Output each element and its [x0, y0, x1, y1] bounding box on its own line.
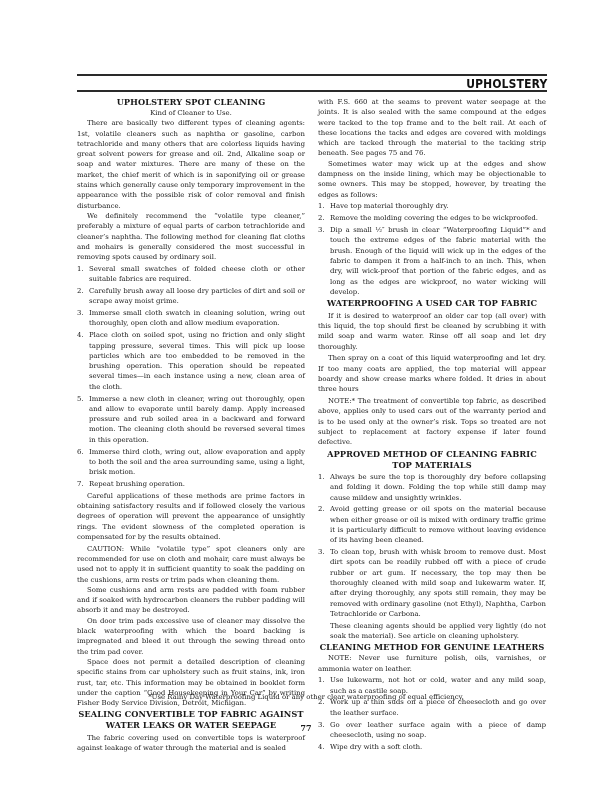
step-text: Immerse third cloth, wring out, allow ev… — [89, 448, 305, 477]
subheading-kind-of-cleaner: Kind of Cleaner to Use. — [77, 108, 305, 118]
step-number: 2. — [318, 504, 325, 514]
heading-upholstery-spot-cleaning: UPHOLSTERY SPOT CLEANING — [77, 97, 305, 108]
list-item: 1.Have top material thoroughly dry. — [318, 201, 546, 211]
list-item: 1.Always be sure the top is thoroughly d… — [318, 472, 546, 503]
list-item: 5.Immerse a new cloth in cleaner, wring … — [77, 394, 305, 445]
step-number: 3. — [77, 308, 84, 318]
list-item: 2.Carefully brush away all loose dry par… — [77, 286, 305, 307]
heading-approved-method: APPROVED METHOD OF CLEANING FABRIC TOP M… — [318, 449, 546, 471]
list-item: 4.Wipe dry with a soft cloth. — [318, 742, 546, 752]
step-text: Avoid getting grease or oil spots on the… — [330, 505, 546, 544]
paragraph: Careful applications of these methods ar… — [77, 491, 305, 542]
step-text: Several small swatches of folded cheese … — [89, 265, 305, 283]
heading-line: APPROVED METHOD OF CLEANING FABRIC — [327, 449, 537, 459]
step-text: Immerse small cloth swatch in cleaning s… — [89, 309, 305, 327]
paragraph: We definitely recommend the “volatile ty… — [77, 211, 305, 262]
step-text: Immerse a new cloth in cleaner, wring ou… — [89, 395, 305, 444]
step-number: 1. — [77, 264, 84, 274]
footnote: *Use Rainy Day Waterproofing Liquid or a… — [0, 693, 612, 701]
step-text: Work up a thin suds on a piece of cheese… — [330, 698, 546, 716]
paragraph: On door trim pads excessive use of clean… — [77, 616, 305, 657]
step-number: 6. — [77, 447, 84, 457]
section-title: UPHOLSTERY — [466, 76, 547, 91]
step-number: 7. — [77, 479, 84, 489]
paragraph: with F.S. 660 at the seams to prevent wa… — [318, 97, 546, 159]
step-number: 4. — [77, 330, 84, 340]
paragraph: Some cushions and arm rests are padded w… — [77, 585, 305, 616]
list-item: 6.Immerse third cloth, wring out, allow … — [77, 447, 305, 478]
left-column: UPHOLSTERY SPOT CLEANING Kind of Cleaner… — [77, 97, 305, 754]
heading-line: TOP MATERIALS — [392, 460, 472, 470]
step-text: Dip a small ½″ brush in clear “Waterproo… — [330, 226, 546, 296]
step-number: 1. — [318, 472, 325, 482]
step-text: Carefully brush away all loose dry parti… — [89, 287, 305, 305]
list-item: 7.Repeat brushing operation. — [77, 479, 305, 489]
list-item: 3.Dip a small ½″ brush in clear “Waterpr… — [318, 225, 546, 297]
paragraph: Then spray on a coat of this liquid wate… — [318, 353, 546, 394]
leather-note: NOTE: Never use furniture polish, oils, … — [318, 653, 546, 674]
right-column: with F.S. 660 at the seams to prevent wa… — [318, 97, 546, 752]
step-number: 2. — [318, 213, 325, 223]
list-item: 2.Avoid getting grease or oil spots on t… — [318, 504, 546, 545]
approved-method-steps: 1.Always be sure the top is thoroughly d… — [318, 472, 546, 619]
list-item: 3.Immerse small cloth swatch in cleaning… — [77, 308, 305, 329]
paragraph: If it is desired to waterproof an older … — [318, 311, 546, 352]
step-number: 3. — [318, 225, 325, 235]
step-text: Wipe dry with a soft cloth. — [330, 743, 422, 751]
document-page: UPHOLSTERY UPHOLSTERY SPOT CLEANING Kind… — [0, 0, 612, 792]
list-item: 1.Several small swatches of folded chees… — [77, 264, 305, 285]
paragraph: There are basically two different types … — [77, 118, 305, 211]
list-item: 4.Place cloth on soiled spot, using no f… — [77, 330, 305, 392]
step-number: 5. — [77, 394, 84, 404]
paragraph: Sometimes water may wick up at the edges… — [318, 159, 546, 200]
header-bottom-rule — [77, 90, 547, 92]
step-number: 2. — [77, 286, 84, 296]
leather-steps: 1.Use lukewarm, not hot or cold, water a… — [318, 675, 546, 752]
paragraph: The fabric covering used on convertible … — [77, 733, 305, 754]
step-number: 3. — [318, 547, 325, 557]
step-text: Remove the molding covering the edges to… — [330, 214, 538, 222]
list-item: 2.Remove the molding covering the edges … — [318, 213, 546, 223]
page-number: 77 — [0, 723, 612, 733]
step-number: 4. — [318, 742, 325, 752]
step-text: Have top material thoroughly dry. — [330, 202, 449, 210]
step-number: 1. — [318, 675, 325, 685]
heading-genuine-leathers: CLEANING METHOD FOR GENUINE LEATHERS — [318, 642, 546, 653]
step-text: Place cloth on soiled spot, using no fri… — [89, 331, 305, 390]
caution-paragraph: CAUTION: While “volatile type” spot clea… — [77, 544, 305, 585]
step-text: To clean top, brush with whisk broom to … — [330, 548, 546, 618]
heading-waterproofing-used-car-top: WATERPROOFING A USED CAR TOP FABRIC — [318, 298, 546, 309]
note-paragraph: NOTE:* The treatment of convertible top … — [318, 396, 546, 447]
step-number: 1. — [318, 201, 325, 211]
spot-cleaning-steps: 1.Several small swatches of folded chees… — [77, 264, 305, 489]
wick-proofing-steps: 1.Have top material thoroughly dry. 2.Re… — [318, 201, 546, 297]
heading-line: SEALING CONVERTIBLE TOP FABRIC AGAINST — [78, 709, 303, 719]
step-text: Always be sure the top is thoroughly dry… — [330, 473, 546, 502]
step-text: Repeat brushing operation. — [89, 480, 185, 488]
cleaning-agents-note: These cleaning agents should be applied … — [318, 621, 546, 642]
list-item: 3.To clean top, brush with whisk broom t… — [318, 547, 546, 619]
step-text: Use lukewarm, not hot or cold, water and… — [330, 676, 546, 694]
